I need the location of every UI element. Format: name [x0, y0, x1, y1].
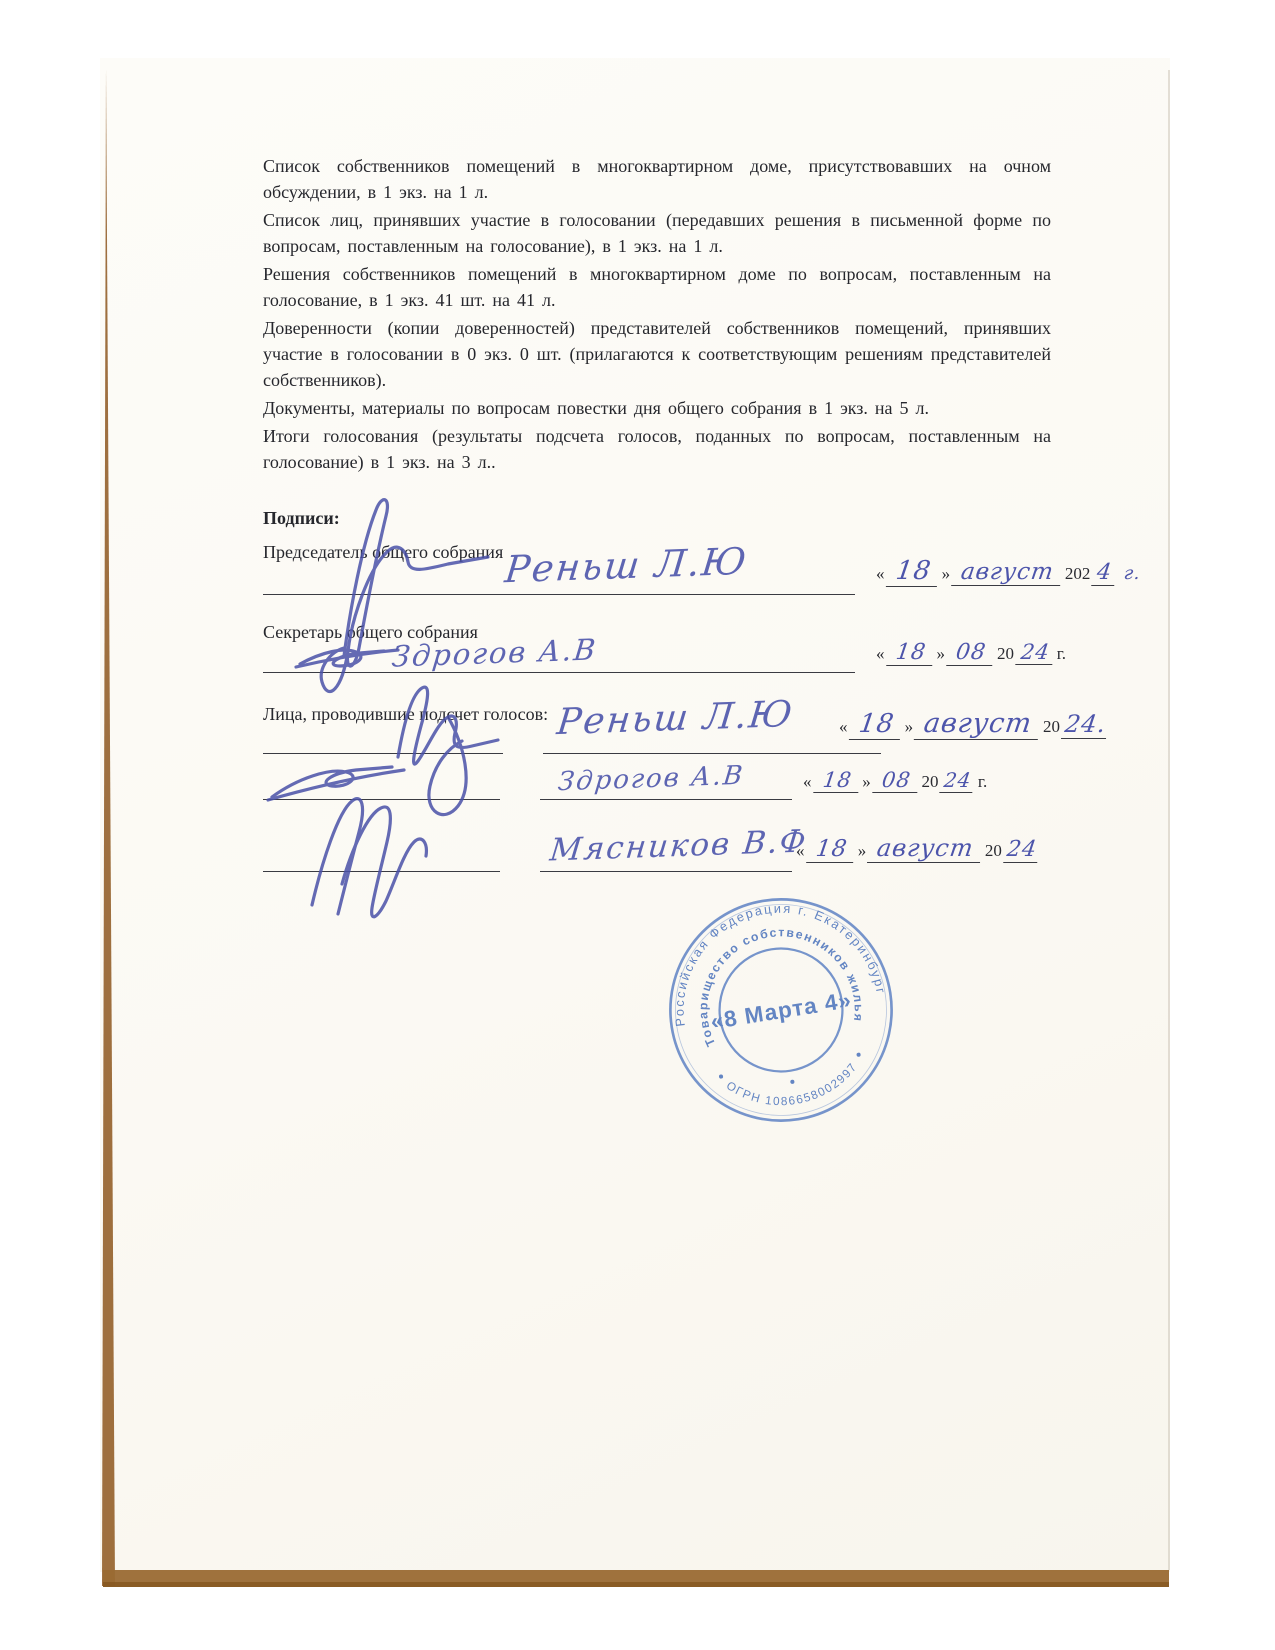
- date-month: август: [951, 559, 1064, 586]
- open-quote: «: [793, 841, 808, 861]
- date-day: 18: [848, 709, 903, 740]
- counter-name-line: [540, 799, 792, 800]
- date-year-hand: 24: [1003, 837, 1041, 863]
- counter-name-line: [540, 871, 792, 872]
- secretary-handwritten-name: Здрогов А.В: [390, 632, 599, 673]
- attachment-paragraph: Список собственников помещений в многокв…: [263, 153, 1051, 205]
- date-month: 08: [872, 768, 920, 793]
- date-era: г.: [975, 772, 990, 792]
- open-quote: «: [873, 644, 888, 664]
- counter-signature-line: [263, 871, 500, 872]
- paper-bottom-edge: [103, 1570, 1169, 1587]
- counter-handwritten-name: Реньш Л.Ю: [555, 694, 796, 743]
- date-year-printed: 20: [982, 841, 1005, 861]
- stamp-dot: [719, 1074, 724, 1079]
- date-year-hand: 24: [940, 768, 977, 793]
- date-day: 18: [885, 556, 940, 587]
- paper-bottom-edge-shadow: [103, 1582, 1169, 1587]
- date-day: 18: [806, 836, 857, 863]
- stamp-dot: [856, 1052, 861, 1057]
- counter-signature-line: [263, 753, 503, 754]
- date-year-hand: 24.: [1061, 710, 1110, 739]
- counter-signature-line: [263, 799, 500, 800]
- date-year-printed: 20: [994, 644, 1017, 664]
- date-year-printed: 20: [918, 772, 941, 792]
- counter-date: « 18 » август 20 24.: [836, 708, 1108, 740]
- attachment-paragraph: Документы, материалы по вопросам повестк…: [263, 395, 1051, 421]
- counters-label: Лица, проводившие подсчет голосов:: [263, 704, 548, 725]
- stamp-dot: [790, 1079, 795, 1084]
- stamp-center-text: «8 Марта 4»: [709, 987, 854, 1034]
- counter-date: « 18 » 08 20 24 г.: [800, 768, 990, 793]
- date-year-hand: 24: [1015, 640, 1055, 665]
- scanned-protocol-page: { "attachments": [ "Список собственников…: [0, 0, 1275, 1650]
- chairman-date: « 18 » август 202 4 г.: [873, 556, 1149, 587]
- attachments-list: Список собственников помещений в многокв…: [263, 153, 1051, 477]
- open-quote: «: [836, 717, 851, 737]
- date-month: август: [867, 834, 984, 863]
- date-month: август: [914, 708, 1042, 740]
- attachment-paragraph: Решения собственников помещений в многок…: [263, 261, 1051, 313]
- signatures-heading: Подписи:: [263, 508, 340, 529]
- attachment-paragraph: Итоги голосования (результаты подсчета г…: [263, 423, 1051, 475]
- date-era: г.: [1115, 563, 1151, 584]
- open-quote: «: [800, 772, 815, 792]
- secretary-signature-line: [263, 672, 855, 673]
- counter-name-line: [543, 753, 881, 754]
- chairman-signature-line: [263, 594, 855, 595]
- chairman-label: Председатель общего собрания: [263, 542, 503, 563]
- date-day: 18: [886, 640, 936, 666]
- secretary-date: « 18 » 08 20 24 г.: [873, 640, 1069, 666]
- chairman-handwritten-name: Реньш Л.Ю: [503, 540, 750, 592]
- date-day: 18: [813, 768, 861, 793]
- paper-right-edge: [1168, 70, 1170, 1570]
- org-stamp: Российская Федерация г. Екатеринбург ОГР…: [635, 864, 928, 1157]
- counter-date: « 18 » август 20 24: [793, 834, 1039, 863]
- attachment-paragraph: Список лиц, принявших участие в голосова…: [263, 207, 1051, 259]
- date-year-printed: 20: [1040, 717, 1063, 737]
- date-era: г.: [1054, 644, 1069, 664]
- close-quote: »: [859, 772, 874, 792]
- date-year-printed: 202: [1062, 564, 1094, 584]
- date-month: 08: [946, 640, 996, 666]
- open-quote: «: [873, 564, 888, 584]
- attachment-paragraph: Доверенности (копии доверенностей) предс…: [263, 315, 1051, 393]
